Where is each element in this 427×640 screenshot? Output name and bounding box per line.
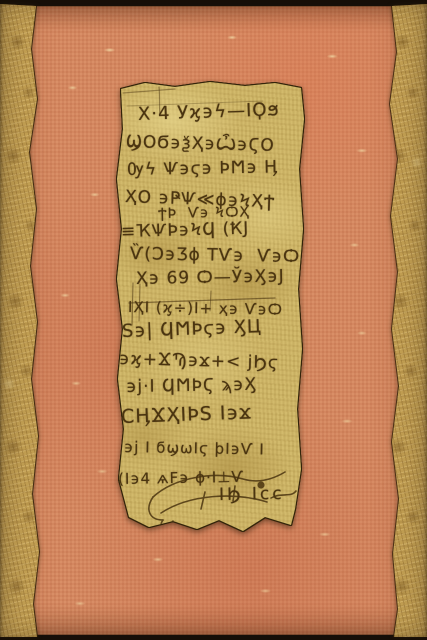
left-border-band-texture bbox=[0, 4, 44, 637]
inscription-line: ϶ϳ·Ӏ ϤϺϷϚ ϡ϶Ӽ bbox=[126, 374, 257, 398]
left-border-band bbox=[0, 4, 44, 637]
inscription-line: ϶ϳ Ӏ ϭϣωӀϛ ϸӀ϶Ѵ Ӏ bbox=[124, 436, 265, 460]
inscription-line: Ҳ϶ 69 Ѻ—Ў϶Ӽ϶Ј bbox=[136, 265, 285, 290]
artifact-photo: Χ·4 Уϗ϶ϟ—ӀϘϧ ϢΟϬ϶ѯҲ϶Ѽ϶ϚΟ Ѹϟ Ѱ϶ϛ϶ ϷϺ϶ Ӊ Ҳ… bbox=[0, 0, 427, 640]
right-border-band bbox=[386, 4, 427, 637]
inscription-tablet: Χ·4 Уϗ϶ϟ—ӀϘϧ ϢΟϬ϶ѯҲ϶Ѽ϶ϚΟ Ѹϟ Ѱ϶ϛ϶ ϷϺ϶ Ӊ Ҳ… bbox=[115, 79, 309, 537]
inscription-line: ϢΟϬ϶ѯҲ϶Ѽ϶ϚΟ bbox=[126, 131, 275, 157]
inscription-line: Ѹϟ Ѱ϶ϛ϶ ϷϺ϶ Ӊ bbox=[127, 156, 279, 181]
inscription-line: ϹӉϪҲӀϷЅ Ӏ϶ϫ bbox=[121, 401, 253, 428]
inscription-line: ӀϦ Ӏϲϲ bbox=[219, 483, 285, 506]
inscription-line: ≡ҠѰϷ϶ϞϤ (ҞЈ bbox=[121, 218, 250, 243]
inscription-line: ϶ϗ+ϪϠ϶ϫ+< ϳϦϛ bbox=[119, 348, 279, 374]
corner-mark: * bbox=[120, 507, 128, 525]
inscription-line: Ѷ(Ͻ϶Ӡϕ ΤѴ϶ Ѵ϶Ѻ bbox=[130, 243, 301, 268]
right-border-band-texture bbox=[386, 4, 427, 637]
parchment-surface: Χ·4 Уϗ϶ϟ—ӀϘϧ ϢΟϬ϶ѯҲ϶Ѽ϶ϚΟ Ѹϟ Ѱ϶ϛ϶ ϷϺ϶ Ӊ Ҳ… bbox=[115, 79, 309, 537]
